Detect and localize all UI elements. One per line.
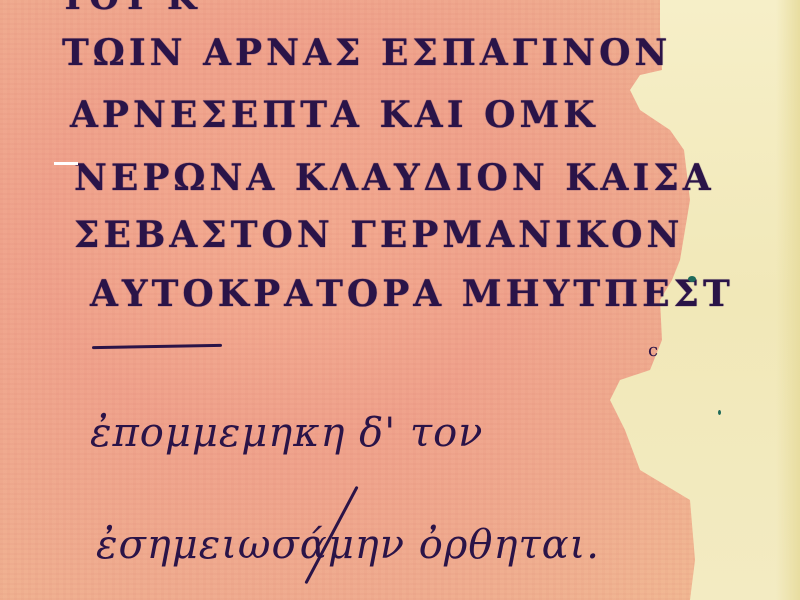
text-line-0: ΤΟΥ Κ [60, 0, 201, 18]
text-line-4: ΣΕΒΑΣΤΟΝ ΓΕΡΜΑΝΙΚΟΝ [74, 214, 683, 256]
green-speck-small [718, 410, 721, 415]
text-line-5: ΑΥΤΟΚΡΑΤΟΡΑ ΜΗΥΤΠΕΣΤ [90, 273, 734, 315]
green-speck [688, 276, 696, 282]
cursive-line-1: ἐπομμεμηκη δ' τον [90, 410, 483, 456]
white-scratch [54, 162, 78, 165]
text-line-1: ΤΩΙΝ ΑΡΝΑΣ ΕΣΠΑΓΙΝΟΝ [62, 32, 671, 74]
text-line-3: ΝΕΡΩΝΑ ΚΛΑΥΔΙΟΝ ΚΑΙΣΑ [74, 157, 715, 199]
text-line-2: ΑΡΝΕΣΕΠΤΑ ΚΑΙ ΟΜΚ [70, 94, 599, 136]
marginal-mark: ϲ [648, 340, 658, 361]
cursive-line-2: ἐσημειωσάμην ὀρθηται. [96, 522, 600, 568]
